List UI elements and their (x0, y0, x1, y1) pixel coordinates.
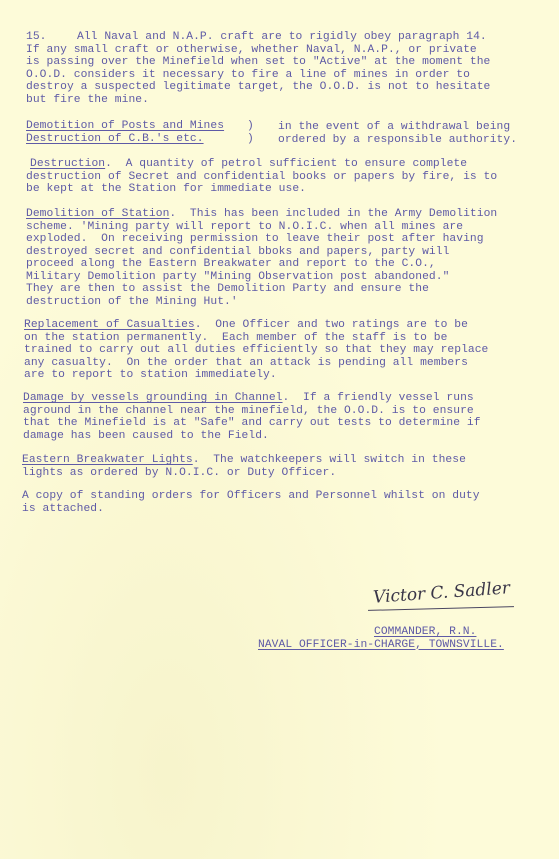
replacement-line: any casualty. On the order that an attac… (24, 357, 468, 370)
withdrawal-text: ordered by a responsible authority. (278, 134, 517, 147)
para15-line: destroy a suspected legitimate target, t… (26, 81, 490, 94)
document-page: 15. All Naval and N.A.P. craft are to ri… (0, 0, 559, 859)
demolition-station-line: scheme. 'Mining party will report to N.O… (26, 221, 463, 234)
lights-line: lights as ordered by N.O.I.C. or Duty Of… (22, 467, 336, 480)
demolition-station-line: exploded. On receiving permission to lea… (26, 233, 484, 246)
demolition-station-line: proceed along the Eastern Breakwater and… (26, 258, 436, 271)
para15-line: O.O.D. considers it necessary to fire a … (26, 69, 470, 82)
brace: ) (247, 120, 254, 133)
signatory-rank: COMMANDER, R.N. (374, 626, 476, 639)
heading-demolition-posts: Demotition of Posts and Mines (26, 120, 224, 133)
heading-lights: Eastern Breakwater Lights (22, 454, 193, 466)
demolition-station-line: destruction of the Mining Hut.' (26, 296, 238, 309)
replacement-line: Replacement of Casualties. One Officer a… (24, 319, 468, 332)
heading-demolition-station: Demolition of Station (26, 208, 169, 220)
standing-orders-line: is attached. (22, 503, 104, 516)
replacement-line: trained to carry out all duties efficien… (24, 344, 488, 357)
heading-damage: Damage by vessels grounding in Channel (23, 392, 283, 404)
demolition-station-line: They are then to assist the Demolition P… (26, 283, 429, 296)
signatory-title: NAVAL OFFICER-in-CHARGE, TOWNSVILLE. (258, 639, 504, 652)
demolition-station-line: Military Demolition party "Mining Observ… (26, 271, 449, 284)
paragraph-number: 15. (26, 31, 47, 44)
handwritten-signature: Victor C. Sadler (372, 578, 510, 608)
heading-destruction: Destruction (30, 158, 105, 170)
damage-line: damage has been caused to the Field. (23, 430, 269, 443)
destruction-line: destruction of Secret and confidential b… (26, 171, 497, 184)
heading-destruction-cbs: Destruction of C.B.'s etc. (26, 133, 204, 146)
para15-line: is passing over the Minefield when set t… (26, 56, 490, 69)
brace: ) (247, 133, 254, 146)
replacement-line: on the station permanently. Each member … (24, 332, 447, 345)
damage-line: that the Minefield is at "Safe" and carr… (23, 417, 481, 430)
para15-line: All Naval and N.A.P. craft are to rigidl… (77, 31, 487, 44)
lights-line: Eastern Breakwater Lights. The watchkeep… (22, 454, 466, 467)
destruction-line: be kept at the Station for immediate use… (26, 183, 306, 196)
destruction-line: Destruction. A quantity of petrol suffic… (30, 158, 467, 171)
damage-line: Damage by vessels grounding in Channel. … (23, 392, 474, 405)
demolition-station-line: destroyed secret and confidential bboks … (26, 246, 449, 259)
heading-replacement: Replacement of Casualties (24, 319, 195, 331)
standing-orders-line: A copy of standing orders for Officers a… (22, 490, 480, 503)
para15-line: If any small craft or otherwise, whether… (26, 44, 477, 57)
damage-line: aground in the channel near the minefiel… (23, 405, 474, 418)
withdrawal-text: in the event of a withdrawal being (278, 121, 510, 134)
signature-line (368, 606, 514, 611)
replacement-line: are to report to station immediately. (24, 369, 277, 382)
demolition-station-line: Demolition of Station. This has been inc… (26, 208, 497, 221)
para15-line: but fire the mine. (26, 94, 149, 107)
